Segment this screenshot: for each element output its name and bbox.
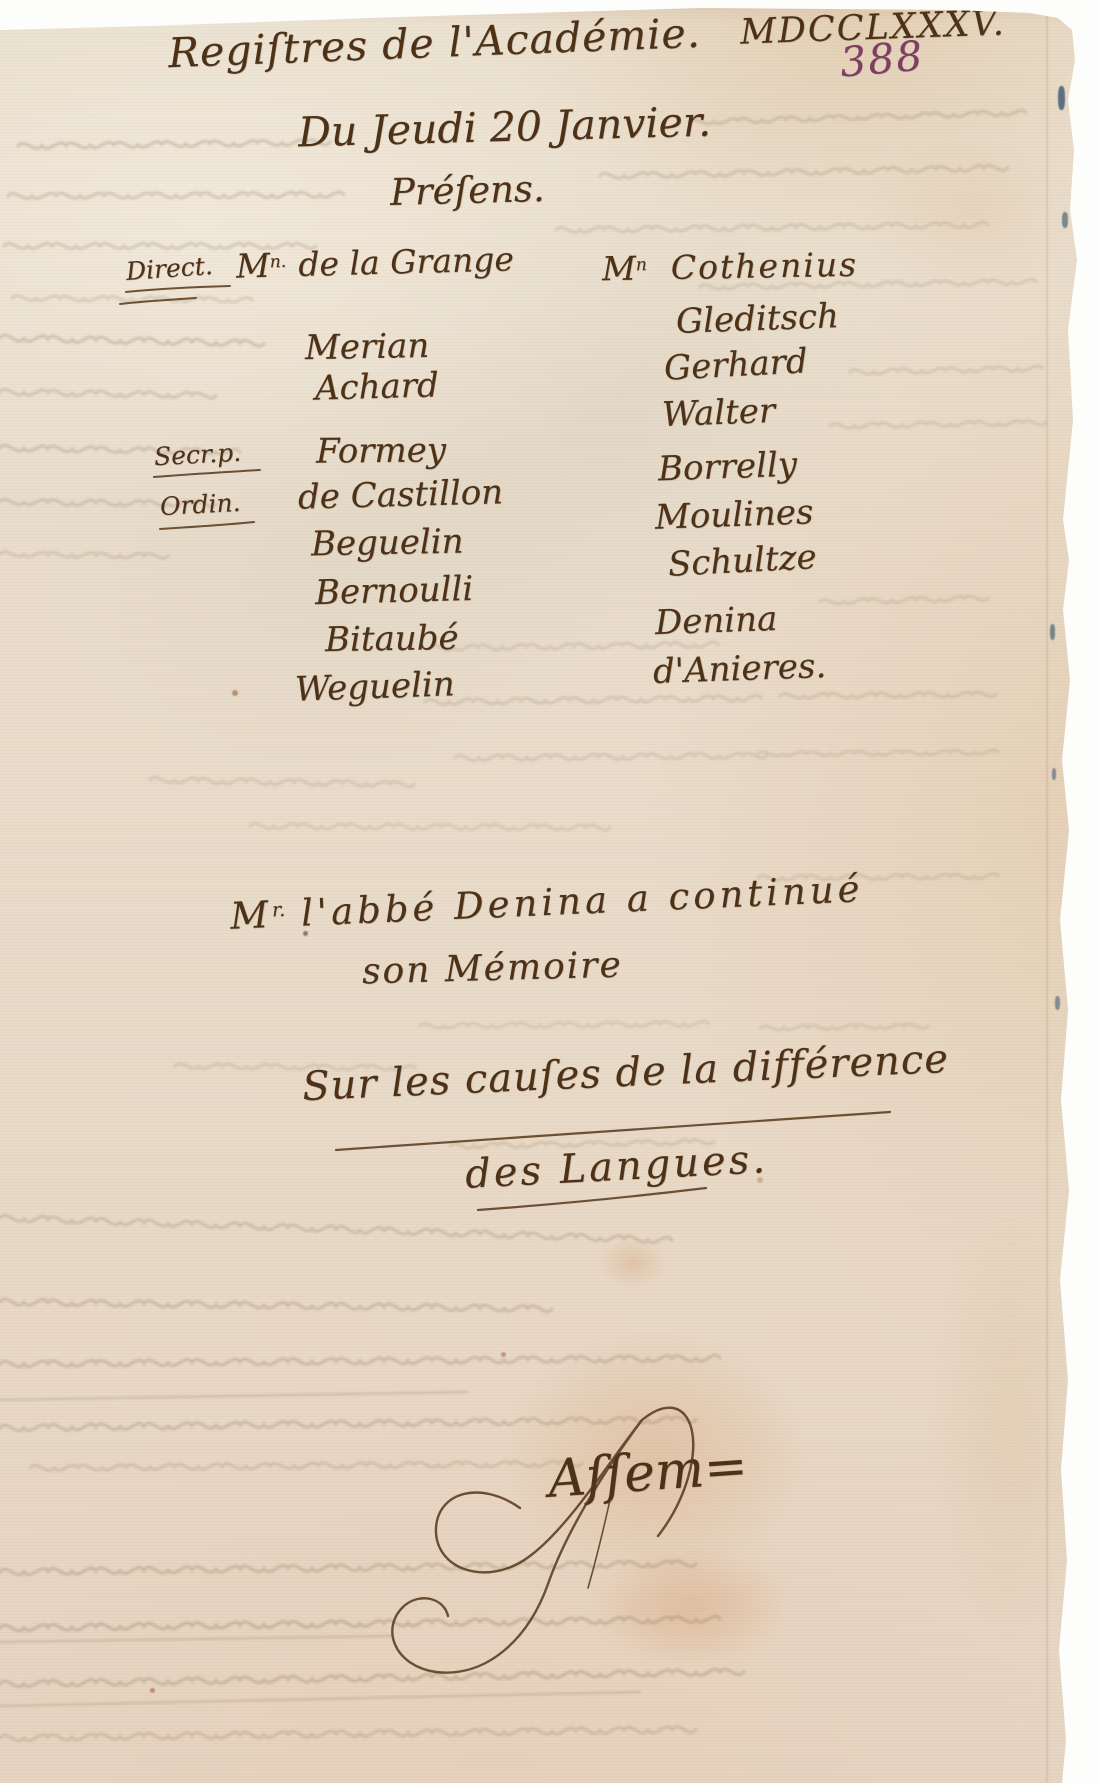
memoir-title-line1: Sur les cauſes de la différence — [301, 1038, 949, 1108]
ghost-writing-line — [30, 1461, 582, 1470]
attendee-line: Mn.de la Grange — [236, 242, 515, 284]
register-title: Regiſtres de l'Académie. — [167, 12, 701, 75]
ghost-writing-line — [0, 1616, 720, 1630]
ghost-writing-line — [556, 222, 988, 232]
ghost-writing-line — [18, 140, 330, 149]
ghost-writing-line — [0, 335, 264, 346]
attendee-name: Weguelin — [294, 664, 455, 710]
rust-dot — [150, 1688, 155, 1693]
memoir-title-line2: des Langues. — [464, 1138, 769, 1196]
ghost-writing-line — [850, 366, 1042, 374]
attendee-line: Achard — [315, 368, 440, 407]
edge-toning-stain — [930, 1210, 1090, 1640]
ink-speck-blue — [1052, 768, 1056, 780]
rust-dot — [501, 1352, 506, 1357]
attendee-line: MnCothenius — [602, 248, 859, 287]
ink-speck-blue — [1058, 86, 1065, 110]
foxing-stain — [590, 1545, 790, 1665]
attendee-line: Schultze — [667, 540, 817, 583]
attendee-name: Beguelin — [311, 522, 464, 565]
attendee-line: Gerhard — [663, 344, 808, 387]
attendee-line: Weguelin — [294, 667, 455, 708]
attendee-name: Moulines — [654, 492, 814, 538]
ghost-writing-line — [430, 642, 718, 650]
underline-ordinary — [160, 522, 254, 529]
attendee-name: d'Anieres. — [652, 646, 826, 692]
attendee-line: Borrelly — [657, 448, 797, 489]
attendee-name: Borrelly — [657, 445, 797, 490]
underline-secretary — [154, 470, 260, 477]
ghost-writing-line — [0, 1355, 720, 1367]
attendee-line: Walter — [661, 394, 775, 434]
session-date-line: Du Jeudi 20 Janvier. — [298, 101, 712, 155]
underline-director-dash — [120, 298, 196, 304]
minutes-sentence-line1: Mr. l'abbé Denina a continué — [229, 870, 864, 936]
attendee-line: Beguelin — [311, 525, 464, 563]
attendee-name: de Castillon — [297, 472, 503, 517]
ink-speck-blue — [1062, 212, 1068, 228]
ink-speck-blue — [1055, 996, 1060, 1010]
ghost-writing-line — [0, 1417, 696, 1431]
attendee-name: Walter — [661, 391, 776, 435]
ghost-writing-line — [0, 1299, 552, 1312]
ghost-writing-line — [760, 1024, 928, 1030]
page-number: 388 — [838, 34, 926, 84]
rust-dot — [232, 690, 238, 696]
attendee-line: Merian — [305, 329, 430, 367]
attendee-name: Cothenius — [671, 245, 859, 287]
ghost-writing-line — [780, 692, 996, 698]
attendee-line: d'Anieres. — [652, 649, 826, 691]
margin-label-secretary: Secr.p. — [153, 440, 241, 471]
ghost-underline — [0, 1692, 640, 1706]
attendee-line: Formey — [316, 433, 446, 470]
attendee-name: Formey — [316, 430, 446, 471]
ghost-writing-line — [758, 750, 998, 756]
manuscript-page: Regiſtres de l'Académie. MDCCLXXXV. 388 … — [0, 0, 1100, 1783]
ghost-writing-line — [455, 753, 767, 761]
attendee-name: Gerhard — [663, 341, 809, 388]
ghost-writing-line — [690, 110, 1026, 124]
honorific: Mn — [602, 248, 648, 288]
attendee-name: Achard — [314, 365, 439, 408]
ghost-underline — [0, 1392, 467, 1400]
attendee-name: Bitaubé — [325, 618, 459, 660]
ghost-writing-line — [0, 389, 216, 398]
foxing-stain — [598, 1238, 668, 1288]
attendee-line: de Castillon — [298, 475, 504, 516]
attendee-line: Moulines — [654, 495, 814, 536]
ghost-writing-line — [0, 1561, 696, 1575]
attendee-name: Gleditsch — [675, 296, 839, 342]
underline-director — [126, 286, 230, 292]
attendee-line: Bitaubé — [325, 621, 459, 659]
attendee-name: Bernoulli — [314, 569, 473, 613]
ghost-writing-line — [0, 1215, 672, 1242]
ghost-underline — [0, 1636, 392, 1642]
ghost-writing-line — [425, 695, 761, 704]
ghost-writing-line — [830, 420, 1046, 428]
ghost-writing-line — [150, 777, 414, 786]
manuscript-scan: Regiſtres de l'Académie. MDCCLXXXV. 388 … — [0, 0, 1100, 1783]
ghost-writing-line — [600, 165, 1008, 178]
ink-speck-blue — [1050, 624, 1055, 640]
attendee-name: Merian — [305, 326, 430, 368]
edge-toning-stain — [860, 140, 1090, 290]
attendee-name: Denina — [654, 599, 778, 643]
attendee-name: de la Grange — [298, 239, 515, 284]
attendee-name: Schultze — [667, 537, 818, 585]
presents-heading: Préſens. — [390, 170, 546, 213]
paper-crease — [1046, 0, 1048, 1783]
attendee-line: Denina — [654, 602, 777, 642]
ghost-writing-line — [820, 596, 988, 604]
minutes-sentence-line2: son Mémoire — [362, 947, 624, 992]
margin-label-director: Direct. — [125, 253, 213, 285]
ghost-writing-line — [420, 1021, 708, 1028]
ghost-writing-line — [250, 823, 610, 830]
ghost-writing-line — [0, 1727, 696, 1741]
ghost-writing-line — [12, 296, 252, 302]
attendee-line: Bernoulli — [315, 572, 474, 612]
catchword: Aſſem= — [546, 1439, 749, 1507]
ghost-writing-line — [0, 1669, 744, 1687]
honorific: Mn. — [236, 245, 287, 285]
attendee-line: Gleditsch — [675, 299, 839, 340]
ghost-writing-line — [0, 552, 168, 559]
margin-label-ordinary: Ordin. — [159, 490, 241, 520]
ghost-writing-line — [8, 192, 344, 198]
